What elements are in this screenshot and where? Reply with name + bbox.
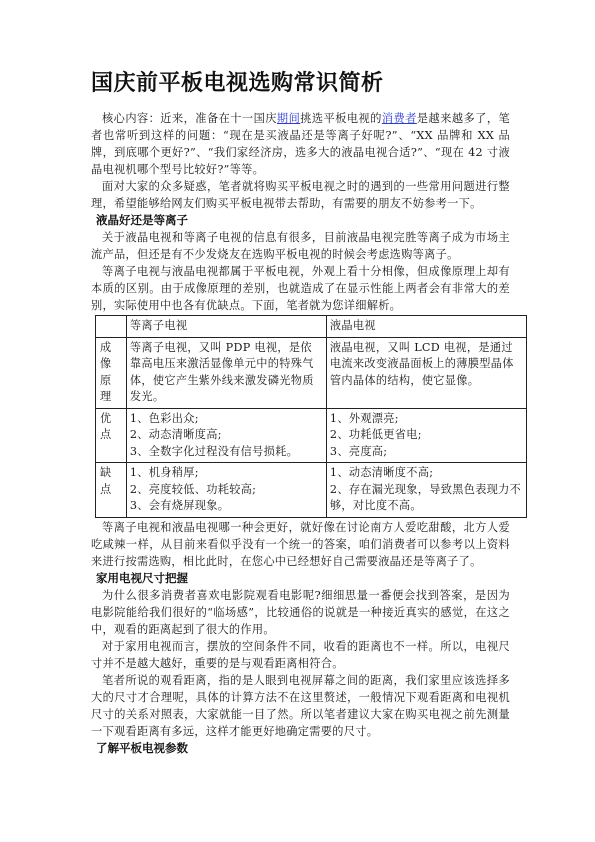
cell-plasma-pros: 1、色彩出众; 2、动态清晰度高; 3、全数字化过程没有信号损耗。 bbox=[126, 408, 326, 463]
link-consumer[interactable]: 消费者 bbox=[382, 112, 417, 125]
list-item: 2、存在漏光现象，导致黑色表现力不够，对比度不高。 bbox=[330, 482, 523, 515]
row-label-principle: 成像原理 bbox=[96, 337, 127, 408]
cell-plasma-cons: 1、机身稍厚; 2、亮度较低、功耗较高; 3、会有烧屏现象。 bbox=[126, 463, 326, 518]
list-item: 3、会有烧屏现象。 bbox=[130, 498, 323, 515]
intro-prefix: 核心内容：近来，准备在十一国庆 bbox=[102, 112, 277, 125]
intro-middle: 挑选平板电视的 bbox=[300, 112, 382, 125]
section-heading-tv-params: 了解平板电视参数 bbox=[91, 740, 531, 757]
list-item: 2、动态清晰度高; bbox=[130, 427, 323, 444]
section2-paragraph-1: 为什么很多消费者喜欢电影院观看电影呢?细细思量一番便会找到答案，是因为电影院能给… bbox=[91, 587, 510, 638]
cell-plasma-principle: 等离子电视，又叫 PDP 电视，是依靠高电压来激活显像单元中的特殊气体，使它产生… bbox=[126, 337, 326, 408]
section2-paragraph-2: 对于家用电视而言，摆放的空间条件不同，收看的距离也不一样。所以，电视尺寸并不是越… bbox=[91, 638, 510, 672]
section2-paragraph-3: 笔者所说的观看距离，指的是人眼到电视屏幕之间的距离，我们家里应该选择多大的尺寸才… bbox=[91, 672, 510, 740]
table-row: 优点 1、色彩出众; 2、动态清晰度高; 3、全数字化过程没有信号损耗。 1、外… bbox=[96, 408, 527, 463]
list-item: 1、色彩出众; bbox=[130, 411, 323, 428]
list-item: 3、亮度高; bbox=[330, 444, 523, 461]
paragraph-2: 面对大家的众多疑惑，笔者就将购买平板电视之时的遇到的一些常用问题进行整理，希望能… bbox=[91, 178, 510, 212]
page-title: 国庆前平板电视选购常识简析 bbox=[91, 70, 531, 98]
list-item: 2、亮度较低、功耗较高; bbox=[130, 482, 323, 499]
table-row: 缺点 1、机身稍厚; 2、亮度较低、功耗较高; 3、会有烧屏现象。 1、动态清晰… bbox=[96, 463, 527, 518]
table-header-plasma: 等离子电视 bbox=[126, 316, 326, 338]
cell-lcd-principle: 液晶电视，又叫 LCD 电视，是通过电流来改变液晶面板上的薄膜型晶体管内晶体的结… bbox=[326, 337, 526, 408]
section1-paragraph-2: 等离子电视与液晶电视都属于平板电视，外观上看十分相像，但成像原理上却有本质的区别… bbox=[91, 263, 510, 314]
list-item: 2、功耗低更省电; bbox=[330, 427, 523, 444]
document-page: 国庆前平板电视选购常识简析 核心内容：近来，准备在十一国庆期间挑选平板电视的消费… bbox=[91, 70, 531, 757]
table-header-row: 等离子电视 液晶电视 bbox=[96, 316, 527, 338]
list-item: 1、机身稍厚; bbox=[130, 465, 323, 482]
cell-lcd-cons: 1、动态清晰度不高; 2、存在漏光现象，导致黑色表现力不够，对比度不高。 bbox=[326, 463, 526, 518]
section-heading-tv-size: 家用电视尺寸把握 bbox=[91, 570, 531, 587]
section1-paragraph-1: 关于液晶电视和等离子电视的信息有很多，目前液晶电视完胜等离子成为市场主流产品，但… bbox=[91, 229, 510, 263]
cell-lcd-pros: 1、外观漂亮; 2、功耗低更省电; 3、亮度高; bbox=[326, 408, 526, 463]
list-item: 1、外观漂亮; bbox=[330, 411, 523, 428]
section-heading-lcd-vs-plasma: 液晶好还是等离子 bbox=[91, 212, 531, 229]
table-header-empty bbox=[96, 316, 127, 338]
table-header-lcd: 液晶电视 bbox=[326, 316, 526, 338]
row-label-pros: 优点 bbox=[96, 408, 127, 463]
link-period[interactable]: 期间 bbox=[277, 112, 300, 125]
intro-paragraph: 核心内容：近来，准备在十一国庆期间挑选平板电视的消费者是越来越多了，笔者也常听到… bbox=[91, 110, 510, 178]
list-item: 1、动态清晰度不高; bbox=[330, 465, 523, 482]
comparison-table: 等离子电视 液晶电视 成像原理 等离子电视，又叫 PDP 电视，是依靠高电压来激… bbox=[95, 315, 527, 518]
list-item: 3、全数字化过程没有信号损耗。 bbox=[130, 444, 323, 461]
row-label-cons: 缺点 bbox=[96, 463, 127, 518]
table-row: 成像原理 等离子电视，又叫 PDP 电视，是依靠高电压来激活显像单元中的特殊气体… bbox=[96, 337, 527, 408]
section1-paragraph-3: 等离子电视和液晶电视哪一种会更好，就好像在讨论南方人爱吃甜酸，北方人爱吃咸辣一样… bbox=[91, 519, 510, 570]
